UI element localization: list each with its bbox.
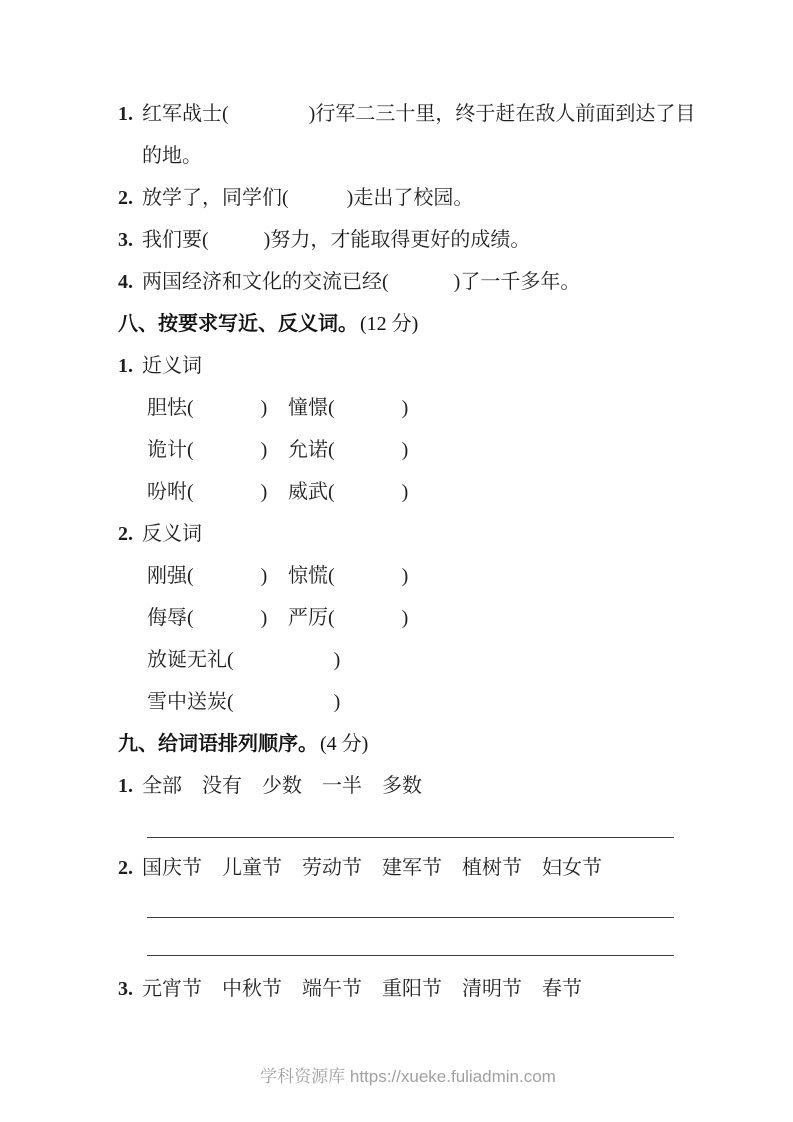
close-paren: ) <box>334 639 341 681</box>
word: 放诞无礼 <box>147 649 227 671</box>
word: 胆怯 <box>147 397 187 419</box>
open-paren: ( <box>328 597 335 639</box>
close-paren: ) <box>261 387 268 429</box>
word: 吩咐 <box>147 481 187 503</box>
antonym-row-1: 刚强()惊慌() <box>147 555 698 597</box>
word-cell: 憧憬() <box>288 387 408 429</box>
text-before-blank: 红军战士( <box>142 103 229 125</box>
section8-heading-text: 八、按要求写近、反义词。 <box>118 313 358 335</box>
fill-blank[interactable] <box>194 454 261 456</box>
word: 少数 <box>262 775 302 797</box>
fill-blank[interactable] <box>335 622 402 624</box>
open-paren: ( <box>328 429 335 471</box>
close-paren: ) <box>402 597 409 639</box>
question-item-2: 2. 放学了，同学们()走出了校园。 <box>118 177 698 219</box>
open-paren: ( <box>328 387 335 429</box>
synonyms-subheading: 1. 近义词 <box>118 345 698 387</box>
fill-blank[interactable] <box>229 118 309 120</box>
open-paren: ( <box>328 555 335 597</box>
open-paren: ( <box>328 471 335 513</box>
fill-blank[interactable] <box>335 580 402 582</box>
answer-line[interactable] <box>147 837 674 838</box>
fill-blank[interactable] <box>335 412 402 414</box>
word-cell: 威武() <box>288 471 408 513</box>
fill-blank[interactable] <box>194 622 261 624</box>
word: 中秋节 <box>222 978 282 1000</box>
ordering-item-3: 3. 元宵节中秋节端午节重阳节清明节春节 <box>118 968 698 1010</box>
word: 端午节 <box>302 978 362 1000</box>
word-cell: 刚强() <box>147 555 288 597</box>
open-paren: ( <box>187 387 194 429</box>
open-paren: ( <box>187 429 194 471</box>
word: 刚强 <box>147 565 187 587</box>
fill-blank[interactable] <box>194 580 261 582</box>
item-number: 2. <box>118 847 142 889</box>
section9-heading-text: 九、给词语排列顺序。 <box>118 733 318 755</box>
open-paren: ( <box>187 597 194 639</box>
worksheet-page: 1. 红军战士()行军二三十里，终于赶在敌人前面到达了目的地。 2. 放学了，同… <box>0 0 793 1122</box>
text-after-blank: )走出了校园。 <box>347 187 474 209</box>
word-cell: 惊慌() <box>288 555 408 597</box>
text-before-blank: 放学了，同学们( <box>142 187 289 209</box>
word: 憧憬 <box>288 397 328 419</box>
section8-score: (12 分) <box>360 313 418 335</box>
synonym-row-2: 诡计()允诺() <box>147 429 698 471</box>
section-9: 九、给词语排列顺序。(4 分) 1. 全部没有少数一半多数 2. 国庆节儿童节劳… <box>118 723 698 1010</box>
section9-heading: 九、给词语排列顺序。(4 分) <box>118 723 698 765</box>
word: 建军节 <box>382 857 442 879</box>
word: 妇女节 <box>542 857 602 879</box>
word-list: 元宵节中秋节端午节重阳节清明节春节 <box>142 968 698 1010</box>
word: 国庆节 <box>142 857 202 879</box>
fill-blank-section: 1. 红军战士()行军二三十里，终于赶在敌人前面到达了目的地。 2. 放学了，同… <box>118 93 698 303</box>
item-number: 1. <box>118 93 142 177</box>
word-cell: 严厉() <box>288 597 408 639</box>
word: 没有 <box>202 775 242 797</box>
word: 春节 <box>542 978 582 1000</box>
word: 植树节 <box>462 857 522 879</box>
word: 劳动节 <box>302 857 362 879</box>
word-cell: 放诞无礼() <box>147 639 340 681</box>
item-number: 2. <box>118 513 142 555</box>
word: 惊慌 <box>288 565 328 587</box>
item-number: 1. <box>118 345 142 387</box>
ordering-item-1: 1. 全部没有少数一半多数 <box>118 765 698 807</box>
word-cell: 吩咐() <box>147 471 288 513</box>
word-cell: 允诺() <box>288 429 408 471</box>
antonyms-subheading: 2. 反义词 <box>118 513 698 555</box>
text-after-blank: )努力，才能取得更好的成绩。 <box>264 229 531 251</box>
close-paren: ) <box>402 387 409 429</box>
fill-blank[interactable] <box>389 286 454 288</box>
word: 多数 <box>382 775 422 797</box>
close-paren: ) <box>261 471 268 513</box>
fill-blank[interactable] <box>209 244 264 246</box>
section8-heading: 八、按要求写近、反义词。(12 分) <box>118 303 698 345</box>
fill-blank[interactable] <box>289 202 347 204</box>
synonym-row-1: 胆怯()憧憬() <box>147 387 698 429</box>
open-paren: ( <box>187 471 194 513</box>
open-paren: ( <box>227 681 234 723</box>
close-paren: ) <box>402 555 409 597</box>
close-paren: ) <box>261 429 268 471</box>
word-cell: 侮辱() <box>147 597 288 639</box>
subheading-label: 反义词 <box>142 513 698 555</box>
fill-blank[interactable] <box>194 412 261 414</box>
antonym-idiom-row-1: 放诞无礼() <box>147 639 698 681</box>
word: 儿童节 <box>222 857 282 879</box>
item-text: 放学了，同学们()走出了校园。 <box>142 177 698 219</box>
item-text: 红军战士()行军二三十里，终于赶在敌人前面到达了目的地。 <box>142 93 698 177</box>
word-cell: 雪中送炭() <box>147 681 340 723</box>
synonym-row-3: 吩咐()威武() <box>147 471 698 513</box>
word: 全部 <box>142 775 182 797</box>
word: 侮辱 <box>147 607 187 629</box>
word-cell: 诡计() <box>147 429 288 471</box>
item-number: 2. <box>118 177 142 219</box>
fill-blank[interactable] <box>335 496 402 498</box>
antonym-idiom-row-2: 雪中送炭() <box>147 681 698 723</box>
word: 雪中送炭 <box>147 691 227 713</box>
footer-text: 学科资源库 https://xueke.fuliadmin.com <box>260 1067 556 1086</box>
word-list: 全部没有少数一半多数 <box>142 765 698 807</box>
item-text: 我们要()努力，才能取得更好的成绩。 <box>142 219 698 261</box>
word-list: 国庆节儿童节劳动节建军节植树节妇女节 <box>142 847 698 889</box>
question-item-1: 1. 红军战士()行军二三十里，终于赶在敌人前面到达了目的地。 <box>118 93 698 177</box>
word: 威武 <box>288 481 328 503</box>
open-paren: ( <box>227 639 234 681</box>
item-number: 3. <box>118 968 142 1010</box>
word: 清明节 <box>462 978 522 1000</box>
word: 重阳节 <box>382 978 442 1000</box>
word: 允诺 <box>288 439 328 461</box>
open-paren: ( <box>187 555 194 597</box>
text-before-blank: 我们要( <box>142 229 209 251</box>
antonym-row-2: 侮辱()严厉() <box>147 597 698 639</box>
ordering-item-2: 2. 国庆节儿童节劳动节建军节植树节妇女节 <box>118 847 698 889</box>
close-paren: ) <box>334 681 341 723</box>
subheading-label: 近义词 <box>142 345 698 387</box>
text-before-blank: 两国经济和文化的交流已经( <box>142 271 389 293</box>
item-number: 1. <box>118 765 142 807</box>
fill-blank[interactable] <box>234 664 334 666</box>
text-after-blank: )了一千多年。 <box>454 271 581 293</box>
section-8: 八、按要求写近、反义词。(12 分) 1. 近义词 胆怯()憧憬() 诡计()允… <box>118 303 698 723</box>
word-cell: 胆怯() <box>147 387 288 429</box>
close-paren: ) <box>402 429 409 471</box>
item-text: 两国经济和文化的交流已经()了一千多年。 <box>142 261 698 303</box>
answer-line[interactable] <box>147 917 674 918</box>
answer-line[interactable] <box>147 955 674 956</box>
close-paren: ) <box>261 555 268 597</box>
word: 一半 <box>322 775 362 797</box>
fill-blank[interactable] <box>194 496 261 498</box>
question-item-4: 4. 两国经济和文化的交流已经()了一千多年。 <box>118 261 698 303</box>
fill-blank[interactable] <box>234 706 334 708</box>
item-number: 4. <box>118 261 142 303</box>
close-paren: ) <box>402 471 409 513</box>
footer-watermark: 学科资源库 https://xueke.fuliadmin.com <box>118 1065 698 1089</box>
word: 元宵节 <box>142 978 202 1000</box>
word: 严厉 <box>288 607 328 629</box>
close-paren: ) <box>261 597 268 639</box>
fill-blank[interactable] <box>335 454 402 456</box>
word: 诡计 <box>147 439 187 461</box>
section9-score: (4 分) <box>320 733 368 755</box>
item-number: 3. <box>118 219 142 261</box>
question-item-3: 3. 我们要()努力，才能取得更好的成绩。 <box>118 219 698 261</box>
